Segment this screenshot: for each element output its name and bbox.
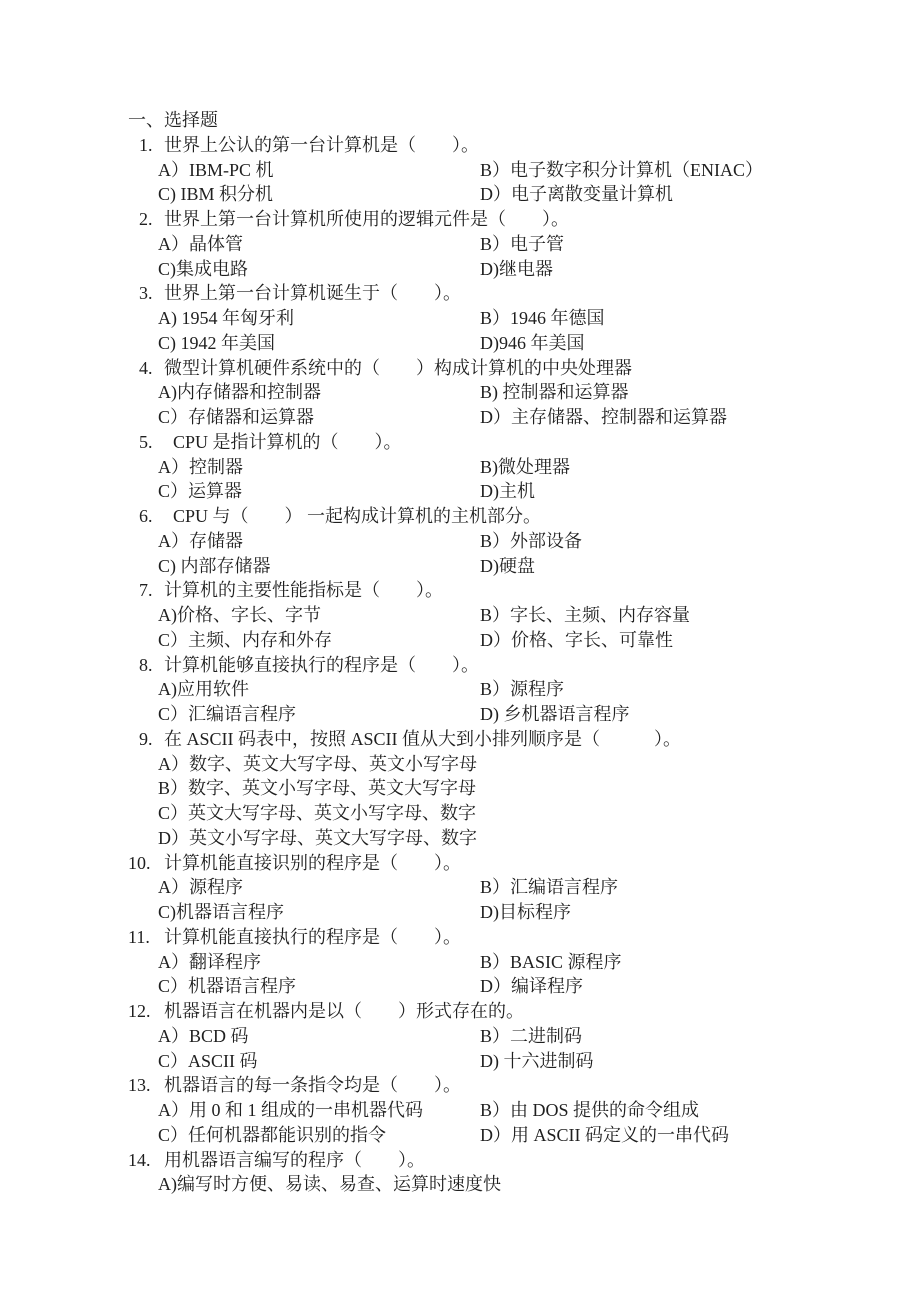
- option-row: D）英文小写字母、英文大写字母、数字: [128, 826, 890, 851]
- option-b: B）数字、英文小写字母、英文大写字母: [158, 776, 476, 801]
- document-page: 一、选择题 1. 世界上公认的第一台计算机是（ ）。 A）IBM-PC 机 B）…: [0, 0, 920, 1197]
- option-b: B）源程序: [480, 677, 564, 702]
- question-stem: 世界上公认的第一台计算机是（ ）。: [164, 133, 890, 158]
- question-stem-line: 5. CPU 是指计算机的（ ）。: [128, 430, 890, 455]
- option-row: A)应用软件 B）源程序: [128, 677, 890, 702]
- question-stem: CPU 与（ ） 一起构成计算机的主机部分。: [164, 504, 890, 529]
- option-row: A）翻译程序 B）BASIC 源程序: [128, 950, 890, 975]
- option-b: B）1946 年德国: [480, 306, 605, 331]
- option-a: A)编写时方便、易读、易查、运算时速度快: [158, 1172, 501, 1197]
- question-stem-line: 11. 计算机能直接执行的程序是（ ）。: [128, 925, 890, 950]
- option-a: A）控制器: [158, 455, 480, 480]
- option-a: A) 1954 年匈牙利: [158, 306, 480, 331]
- option-a: A）BCD 码: [158, 1024, 480, 1049]
- question-stem: 世界上第一台计算机所使用的逻辑元件是（ ）。: [164, 207, 890, 232]
- option-b: B）BASIC 源程序: [480, 950, 622, 975]
- question-number: 12.: [128, 999, 164, 1024]
- question-stem: CPU 是指计算机的（ ）。: [164, 430, 890, 455]
- option-d: D) 十六进制码: [480, 1049, 594, 1074]
- option-c: C）英文大写字母、英文小写字母、数字: [158, 801, 476, 826]
- option-b: B) 控制器和运算器: [480, 380, 629, 405]
- option-row: C）任何机器都能识别的指令 D）用 ASCII 码定义的一串代码: [128, 1123, 890, 1148]
- option-c: C）机器语言程序: [158, 974, 480, 999]
- option-c: C）存储器和运算器: [158, 405, 480, 430]
- question-9: 9. 在 ASCII 码表中，按照 ASCII 值从大到小排列顺序是（ ）。 A…: [128, 727, 890, 851]
- option-d: D）编译程序: [480, 974, 583, 999]
- question-6: 6. CPU 与（ ） 一起构成计算机的主机部分。 A）存储器 B）外部设备 C…: [128, 504, 890, 578]
- option-row: A）BCD 码 B）二进制码: [128, 1024, 890, 1049]
- option-d: D)目标程序: [480, 900, 571, 925]
- question-13: 13. 机器语言的每一条指令均是（ ）。 A）用 0 和 1 组成的一串机器代码…: [128, 1073, 890, 1147]
- option-row: A）源程序 B）汇编语言程序: [128, 875, 890, 900]
- option-d: D)硬盘: [480, 554, 535, 579]
- option-d: D）价格、字长、可靠性: [480, 628, 673, 653]
- option-a: A）用 0 和 1 组成的一串机器代码: [158, 1098, 480, 1123]
- option-row: C）存储器和运算器 D）主存储器、控制器和运算器: [128, 405, 890, 430]
- question-stem-line: 6. CPU 与（ ） 一起构成计算机的主机部分。: [128, 504, 890, 529]
- option-b: B）二进制码: [480, 1024, 582, 1049]
- question-stem-line: 10. 计算机能直接识别的程序是（ ）。: [128, 851, 890, 876]
- question-stem-line: 14. 用机器语言编写的程序（ ）。: [128, 1148, 890, 1173]
- option-row: A)编写时方便、易读、易查、运算时速度快: [128, 1172, 890, 1197]
- option-a: A）翻译程序: [158, 950, 480, 975]
- question-stem: 计算机能够直接执行的程序是（ ）。: [164, 653, 890, 678]
- option-row: C)机器语言程序 D)目标程序: [128, 900, 890, 925]
- option-a: A）源程序: [158, 875, 480, 900]
- option-row: A）控制器 B)微处理器: [128, 455, 890, 480]
- option-d: D)946 年美国: [480, 331, 585, 356]
- question-stem-line: 9. 在 ASCII 码表中，按照 ASCII 值从大到小排列顺序是（ ）。: [128, 727, 890, 752]
- option-row: A）晶体管 B）电子管: [128, 232, 890, 257]
- option-c: C）汇编语言程序: [158, 702, 480, 727]
- option-d: D) 乡机器语言程序: [480, 702, 630, 727]
- option-d: D）英文小写字母、英文大写字母、数字: [158, 826, 477, 851]
- question-stem: 用机器语言编写的程序（ ）。: [164, 1148, 890, 1173]
- option-c: C) 内部存储器: [158, 554, 480, 579]
- option-c: C）ASCII 码: [158, 1049, 480, 1074]
- question-2: 2. 世界上第一台计算机所使用的逻辑元件是（ ）。 A）晶体管 B）电子管 C)…: [128, 207, 890, 281]
- option-row: A)内存储器和控制器 B) 控制器和运算器: [128, 380, 890, 405]
- question-stem-line: 1. 世界上公认的第一台计算机是（ ）。: [128, 133, 890, 158]
- question-number: 7.: [128, 578, 164, 603]
- option-row: C）机器语言程序 D）编译程序: [128, 974, 890, 999]
- question-stem: 计算机能直接识别的程序是（ ）。: [164, 851, 890, 876]
- section-title: 一、选择题: [128, 108, 890, 133]
- option-d: D）主存储器、控制器和运算器: [480, 405, 727, 430]
- question-7: 7. 计算机的主要性能指标是（ ）。 A)价格、字长、字节 B）字长、主频、内存…: [128, 578, 890, 652]
- option-c: C) 1942 年美国: [158, 331, 480, 356]
- option-row: A）用 0 和 1 组成的一串机器代码 B）由 DOS 提供的命令组成: [128, 1098, 890, 1123]
- question-stem-line: 13. 机器语言的每一条指令均是（ ）。: [128, 1073, 890, 1098]
- question-stem: 计算机能直接执行的程序是（ ）。: [164, 925, 890, 950]
- question-number: 8.: [128, 653, 164, 678]
- option-a: A)内存储器和控制器: [158, 380, 480, 405]
- option-a: A)价格、字长、字节: [158, 603, 480, 628]
- option-c: C）任何机器都能识别的指令: [158, 1123, 480, 1148]
- option-row: A) 1954 年匈牙利 B）1946 年德国: [128, 306, 890, 331]
- option-row: A）IBM-PC 机 B）电子数字积分计算机（ENIAC）: [128, 158, 890, 183]
- question-stem: 机器语言在机器内是以（ ）形式存在的。: [164, 999, 890, 1024]
- question-number: 9.: [128, 727, 164, 752]
- question-stem-line: 2. 世界上第一台计算机所使用的逻辑元件是（ ）。: [128, 207, 890, 232]
- option-b: B)微处理器: [480, 455, 570, 480]
- question-3: 3. 世界上第一台计算机诞生于（ ）。 A) 1954 年匈牙利 B）1946 …: [128, 281, 890, 355]
- option-c: C)集成电路: [158, 257, 480, 282]
- option-c: C）运算器: [158, 479, 480, 504]
- option-a: A）存储器: [158, 529, 480, 554]
- question-14: 14. 用机器语言编写的程序（ ）。 A)编写时方便、易读、易查、运算时速度快: [128, 1148, 890, 1198]
- question-stem-line: 4. 微型计算机硬件系统中的（ ）构成计算机的中央处理器: [128, 356, 890, 381]
- question-4: 4. 微型计算机硬件系统中的（ ）构成计算机的中央处理器 A)内存储器和控制器 …: [128, 356, 890, 430]
- option-row: C）运算器 D)主机: [128, 479, 890, 504]
- option-c: C) IBM 积分机: [158, 182, 480, 207]
- option-row: C）英文大写字母、英文小写字母、数字: [128, 801, 890, 826]
- option-row: A)价格、字长、字节 B）字长、主频、内存容量: [128, 603, 890, 628]
- option-d: D）电子离散变量计算机: [480, 182, 673, 207]
- option-b: B）电子数字积分计算机（ENIAC）: [480, 158, 763, 183]
- option-row: C）汇编语言程序 D) 乡机器语言程序: [128, 702, 890, 727]
- question-number: 14.: [128, 1148, 164, 1173]
- option-row: C）ASCII 码 D) 十六进制码: [128, 1049, 890, 1074]
- question-8: 8. 计算机能够直接执行的程序是（ ）。 A)应用软件 B）源程序 C）汇编语言…: [128, 653, 890, 727]
- option-d: D)继电器: [480, 257, 553, 282]
- option-row: C)集成电路 D)继电器: [128, 257, 890, 282]
- question-10: 10. 计算机能直接识别的程序是（ ）。 A）源程序 B）汇编语言程序 C)机器…: [128, 851, 890, 925]
- option-d: D）用 ASCII 码定义的一串代码: [480, 1123, 729, 1148]
- question-stem-line: 3. 世界上第一台计算机诞生于（ ）。: [128, 281, 890, 306]
- question-number: 5.: [128, 430, 164, 455]
- option-a: A）晶体管: [158, 232, 480, 257]
- question-1: 1. 世界上公认的第一台计算机是（ ）。 A）IBM-PC 机 B）电子数字积分…: [128, 133, 890, 207]
- question-number: 2.: [128, 207, 164, 232]
- option-row: C) 内部存储器 D)硬盘: [128, 554, 890, 579]
- question-number: 6.: [128, 504, 164, 529]
- question-number: 3.: [128, 281, 164, 306]
- question-12: 12. 机器语言在机器内是以（ ）形式存在的。 A）BCD 码 B）二进制码 C…: [128, 999, 890, 1073]
- option-d: D)主机: [480, 479, 535, 504]
- question-number: 10.: [128, 851, 164, 876]
- option-c: C)机器语言程序: [158, 900, 480, 925]
- question-stem: 微型计算机硬件系统中的（ ）构成计算机的中央处理器: [164, 356, 890, 381]
- question-number: 13.: [128, 1073, 164, 1098]
- question-5: 5. CPU 是指计算机的（ ）。 A）控制器 B)微处理器 C）运算器 D)主…: [128, 430, 890, 504]
- question-stem: 机器语言的每一条指令均是（ ）。: [164, 1073, 890, 1098]
- option-b: B）汇编语言程序: [480, 875, 618, 900]
- option-row: C) IBM 积分机 D）电子离散变量计算机: [128, 182, 890, 207]
- question-number: 11.: [128, 925, 164, 950]
- option-row: C）主频、内存和外存 D）价格、字长、可靠性: [128, 628, 890, 653]
- question-11: 11. 计算机能直接执行的程序是（ ）。 A）翻译程序 B）BASIC 源程序 …: [128, 925, 890, 999]
- option-b: B）由 DOS 提供的命令组成: [480, 1098, 699, 1123]
- option-b: B）电子管: [480, 232, 564, 257]
- option-a: A）IBM-PC 机: [158, 158, 480, 183]
- option-row: B）数字、英文小写字母、英文大写字母: [128, 776, 890, 801]
- option-row: A）存储器 B）外部设备: [128, 529, 890, 554]
- option-b: B）字长、主频、内存容量: [480, 603, 690, 628]
- option-a: A)应用软件: [158, 677, 480, 702]
- option-row: A）数字、英文大写字母、英文小写字母: [128, 752, 890, 777]
- question-stem: 计算机的主要性能指标是（ ）。: [164, 578, 890, 603]
- question-stem-line: 7. 计算机的主要性能指标是（ ）。: [128, 578, 890, 603]
- question-number: 4.: [128, 356, 164, 381]
- question-number: 1.: [128, 133, 164, 158]
- question-stem-line: 12. 机器语言在机器内是以（ ）形式存在的。: [128, 999, 890, 1024]
- option-a: A）数字、英文大写字母、英文小写字母: [158, 752, 477, 777]
- question-stem: 世界上第一台计算机诞生于（ ）。: [164, 281, 890, 306]
- option-b: B）外部设备: [480, 529, 582, 554]
- question-stem-line: 8. 计算机能够直接执行的程序是（ ）。: [128, 653, 890, 678]
- option-row: C) 1942 年美国 D)946 年美国: [128, 331, 890, 356]
- question-stem: 在 ASCII 码表中，按照 ASCII 值从大到小排列顺序是（ ）。: [164, 727, 890, 752]
- option-c: C）主频、内存和外存: [158, 628, 480, 653]
